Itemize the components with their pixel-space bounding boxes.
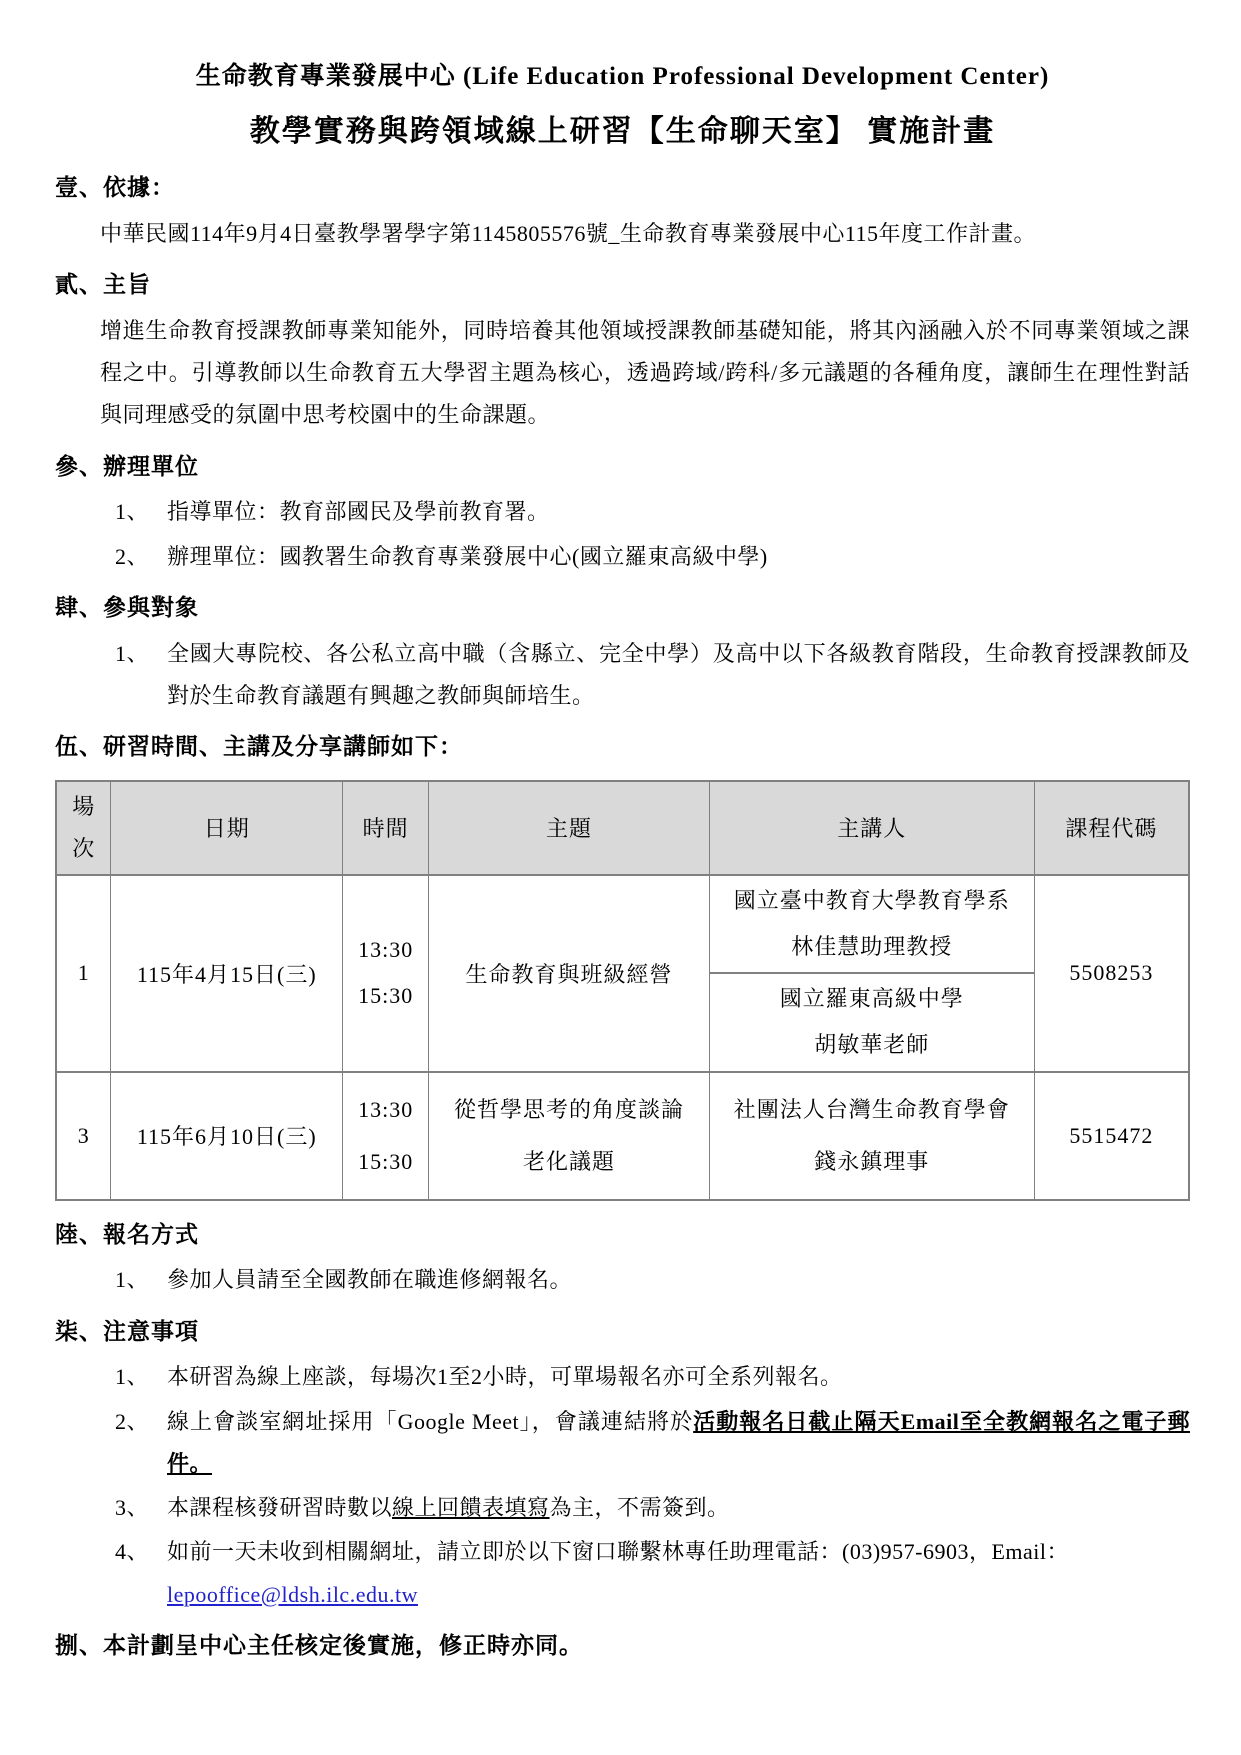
column-header-date: 日期 <box>111 781 343 875</box>
list-item-note-2: 2、 線上會談室網址採用「Google Meet」，會議連結將於活動報名日截止隔… <box>115 1401 1190 1485</box>
list-item-text: 辦理單位：國教署生命教育專業發展中心(國立羅東高級中學) <box>167 536 1190 578</box>
section-8-heading: 捌、本計劃呈中心主任核定後實施，修正時亦同。 <box>55 1628 1190 1665</box>
list-item-note-4: 4、 如前一天未收到相關網址，請立即於以下窗口聯繫林專任助理電話：(03)957… <box>115 1531 1190 1615</box>
list-item-text: 參加人員請至全國教師在職進修網報名。 <box>167 1259 1190 1301</box>
document-title-line1: 生命教育專業發展中心 (Life Education Professional … <box>55 56 1190 92</box>
topic-line1: 從哲學思考的角度談論 <box>431 1084 706 1136</box>
note-3-plain-text: 本課程核發研習時數以 <box>167 1495 392 1520</box>
speaker-name: 錢永鎮理事 <box>712 1136 1032 1188</box>
list-item-note-1: 1、 本研習為線上座談，每場次1至2小時，可單場報名亦可全系列報名。 <box>115 1356 1190 1398</box>
list-item-number: 1、 <box>115 1259 167 1301</box>
section-4-heading: 肆、參與對象 <box>55 590 1190 627</box>
list-item-participants: 1、 全國大專院校、各公私立高中職（含縣立、完全中學）及高中以下各級教育階段，生… <box>115 633 1190 717</box>
cell-session: 3 <box>56 1072 111 1200</box>
cell-date: 115年4月15日(三) <box>111 875 343 1072</box>
speaker-affiliation: 國立羅東高級中學 <box>712 976 1032 1022</box>
table-header-row: 場 次 日期 時間 主題 主講人 課程代碼 <box>56 781 1189 875</box>
cell-session: 1 <box>56 875 111 1072</box>
time-start: 13:30 <box>345 927 426 973</box>
speaker-affiliation: 社團法人台灣生命教育學會 <box>712 1084 1032 1136</box>
list-item-number: 1、 <box>115 491 167 533</box>
cell-topic: 從哲學思考的角度談論 老化議題 <box>429 1072 709 1200</box>
topic-line2: 老化議題 <box>431 1136 706 1188</box>
cell-topic: 生命教育與班級經營 <box>429 875 709 1072</box>
cell-course-code: 5508253 <box>1034 875 1189 1072</box>
column-header-session-char1: 場 <box>59 786 108 828</box>
cell-speaker-1: 國立臺中教育大學教育學系 林佳慧助理教授 <box>709 875 1034 973</box>
note-4-plain-text: 如前一天未收到相關網址，請立即於以下窗口聯繫林專任助理電話：(03)957-69… <box>167 1539 1069 1564</box>
cell-date: 115年6月10日(三) <box>111 1072 343 1200</box>
time-end: 15:30 <box>345 973 426 1019</box>
list-item-number: 3、 <box>115 1487 167 1529</box>
speaker-affiliation: 國立臺中教育大學教育學系 <box>712 878 1032 924</box>
list-item-number: 4、 <box>115 1531 167 1615</box>
note-3-underlined-text: 線上回饋表填寫 <box>392 1495 550 1520</box>
list-item-number: 2、 <box>115 536 167 578</box>
list-item-text: 全國大專院校、各公私立高中職（含縣立、完全中學）及高中以下各級教育階段，生命教育… <box>167 633 1190 717</box>
time-end: 15:30 <box>345 1136 426 1188</box>
document-page: 生命教育專業發展中心 (Life Education Professional … <box>0 0 1241 1755</box>
section-6-heading: 陸、報名方式 <box>55 1217 1190 1254</box>
list-item-note-3: 3、 本課程核發研習時數以線上回饋表填寫為主，不需簽到。 <box>115 1487 1190 1529</box>
table-row-session-1: 1 115年4月15日(三) 13:30 15:30 生命教育與班級經營 國立臺… <box>56 875 1189 973</box>
section-2-body: 增進生命教育授課教師專業知能外，同時培養其他領域授課教師基礎知能，將其內涵融入於… <box>100 310 1190 437</box>
cell-course-code: 5515472 <box>1034 1072 1189 1200</box>
list-item-text: 線上會談室網址採用「Google Meet」，會議連結將於活動報名日截止隔天Em… <box>167 1401 1190 1485</box>
column-header-code: 課程代碼 <box>1034 781 1189 875</box>
note-3-plain-text-end: 為主，不需簽到。 <box>550 1495 730 1520</box>
note-2-plain-text: 線上會談室網址採用「Google Meet」，會議連結將於 <box>167 1409 693 1434</box>
schedule-table: 場 次 日期 時間 主題 主講人 課程代碼 1 115年4月15日(三) 13:… <box>55 780 1190 1201</box>
list-item-number: 1、 <box>115 633 167 717</box>
list-item-number: 2、 <box>115 1401 167 1485</box>
section-7-heading: 柒、注意事項 <box>55 1314 1190 1351</box>
column-header-speaker: 主講人 <box>709 781 1034 875</box>
list-item-text: 指導單位：教育部國民及學前教育署。 <box>167 491 1190 533</box>
section-3-heading: 參、辦理單位 <box>55 449 1190 486</box>
section-1-body: 中華民國114年9月4日臺教學署學字第1145805576號_生命教育專業發展中… <box>100 213 1190 255</box>
speaker-name: 胡敏華老師 <box>712 1022 1032 1068</box>
section-1-heading: 壹、依據： <box>55 170 1190 207</box>
time-start: 13:30 <box>345 1084 426 1136</box>
list-item-text: 本課程核發研習時數以線上回饋表填寫為主，不需簽到。 <box>167 1487 1190 1529</box>
list-item-number: 1、 <box>115 1356 167 1398</box>
list-item-text: 本研習為線上座談，每場次1至2小時，可單場報名亦可全系列報名。 <box>167 1356 1190 1398</box>
list-item-organizer-1: 1、 指導單位：教育部國民及學前教育署。 <box>115 491 1190 533</box>
list-item-registration: 1、 參加人員請至全國教師在職進修網報名。 <box>115 1259 1190 1301</box>
cell-speaker-1: 社團法人台灣生命教育學會 錢永鎮理事 <box>709 1072 1034 1200</box>
list-item-organizer-2: 2、 辦理單位：國教署生命教育專業發展中心(國立羅東高級中學) <box>115 536 1190 578</box>
cell-speaker-2: 國立羅東高級中學 胡敏華老師 <box>709 973 1034 1071</box>
document-title-line2: 教學實務與跨領域線上研習【生命聊天室】 實施計畫 <box>55 106 1190 150</box>
column-header-topic: 主題 <box>429 781 709 875</box>
section-2-heading: 貳、主旨 <box>55 267 1190 304</box>
list-item-text: 如前一天未收到相關網址，請立即於以下窗口聯繫林專任助理電話：(03)957-69… <box>167 1531 1190 1615</box>
column-header-session-char2: 次 <box>59 828 108 870</box>
table-row-session-3: 3 115年6月10日(三) 13:30 15:30 從哲學思考的角度談論 老化… <box>56 1072 1189 1200</box>
cell-time: 13:30 15:30 <box>343 875 429 1072</box>
speaker-name: 林佳慧助理教授 <box>712 924 1032 970</box>
cell-time: 13:30 15:30 <box>343 1072 429 1200</box>
column-header-session: 場 次 <box>56 781 111 875</box>
section-5-heading: 伍、研習時間、主講及分享講師如下： <box>55 729 1190 766</box>
email-link[interactable]: lepooffice@ldsh.ilc.edu.tw <box>167 1582 418 1607</box>
column-header-time: 時間 <box>343 781 429 875</box>
